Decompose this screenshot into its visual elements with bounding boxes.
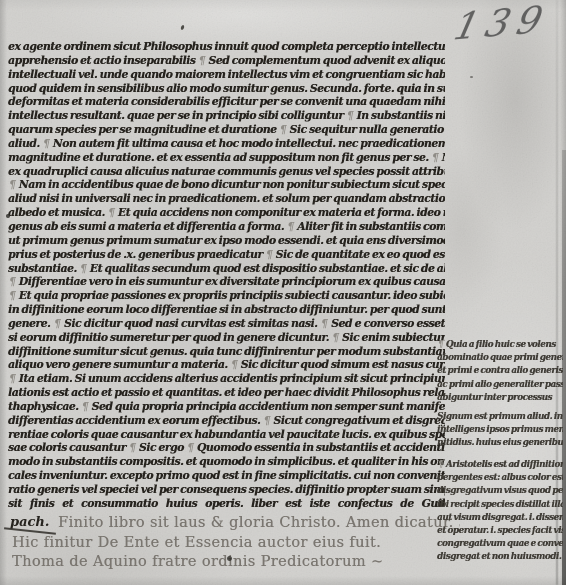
manuscript-text-line: sit finis et consummatio huius operis. l… [8, 497, 445, 511]
pilcrow-mark: ¶ [186, 441, 194, 454]
pilcrow-mark: ¶ [8, 289, 16, 302]
ink-speck [6, 214, 10, 218]
margin-note-line: nitidius. huius eius generibus [437, 437, 563, 450]
ink-speck [470, 76, 473, 78]
folio-number: 139 [450, 0, 542, 48]
manuscript-text-line: quod quidem in sensibilibus alio modo su… [8, 82, 445, 96]
margin-note-line: ac primi alio generaliter passio. quia [437, 379, 563, 392]
margin-note-line: aut visum disgregat. i. disseminat [437, 512, 563, 525]
manuscript-text-line: genus ab eis sumi a materia et different… [8, 220, 445, 234]
pilcrow-mark: ¶ [265, 248, 273, 261]
manuscript-text-line: quarum species per se magnitudine et dur… [8, 123, 445, 137]
pilcrow-mark: ¶ [230, 358, 238, 371]
manuscript-text-line: si eorum diffinitio sumeretur per quod i… [8, 331, 445, 345]
manuscript-text-line: substantiae. ¶ Et qualitas secundum quod… [8, 262, 445, 276]
pilcrow-mark: ¶ [198, 54, 206, 67]
manuscript-page: 139 ex agente ordinem sicut Philosophus … [0, 0, 566, 585]
ink-speck [180, 25, 185, 31]
pilcrow-mark: ¶ [79, 262, 87, 275]
ink-speck [227, 556, 232, 561]
margin-note-block-3: ¶ Aristotelis est ad diffinitionempergen… [437, 459, 563, 565]
manuscript-text-line: rentiae coloris quae causantur ex habund… [8, 428, 445, 442]
manuscript-text-line: aliud. ¶ Non autem fit ultima causa et h… [8, 137, 445, 151]
manuscript-text-line: in diffinitione eorum loco differentiae … [8, 303, 445, 317]
manuscript-text-line: ut primum genus primum sumatur ex ipso m… [8, 234, 445, 248]
margin-note-line: ¶ Aristotelis est ad diffinitionem [437, 459, 563, 472]
manuscript-text-line: lationis est actio et passio et quantita… [8, 386, 445, 400]
pilcrow-mark: ¶ [53, 317, 61, 330]
manuscript-text-line: ex agente ordinem sicut Philosophus innu… [8, 40, 445, 54]
margin-note-line: et operatur. i. species facit visui [437, 525, 563, 538]
manuscript-text-line: ex quadruplici causa alicuius naturae co… [8, 165, 445, 179]
manuscript-text-line: magnitudine et duratione. et ex essentia… [8, 151, 445, 165]
margin-note-line: pergentes est: albus color est [437, 472, 563, 485]
manuscript-text-line: albedo et musica. ¶ Et quia accidens non… [8, 206, 445, 220]
pilcrow-mark: ¶ [279, 123, 287, 136]
manuscript-text-line: aliud nisi in universali nec in praedica… [8, 192, 445, 206]
manuscript-text-line: modo in substantiis compositis. et quomo… [8, 455, 445, 469]
manuscript-text-line: diffinitione sumitur sicut genus. quia t… [8, 345, 445, 359]
manuscript-text-line: genere. ¶ Sic dicitur quod nasi curvitas… [8, 317, 445, 331]
margin-note-line: disgregativum visus quod per [437, 485, 563, 498]
margin-note-line: disgregat et non huiusmodi. [437, 551, 563, 564]
manuscript-text-line: cales inveniuntur. excepto primo quod es… [8, 469, 445, 483]
manuscript-text-line: ratio generis vel speciei vel per conseq… [8, 483, 445, 497]
manuscript-text-line: prius et posterius de .x. generibus prae… [8, 248, 445, 262]
manuscript-text-line: intellectus resultant. quae per se in pr… [8, 109, 445, 123]
manuscript-text-line: differentias accidentium ex eorum effect… [8, 414, 445, 428]
pilcrow-mark: ¶ [81, 400, 89, 413]
margin-note-line: et primi e contra alio generis. filio [437, 365, 563, 378]
pilcrow-mark: ¶ [286, 220, 294, 233]
margin-note-block-2: Signum est primum aliud. in fundo adinte… [437, 411, 563, 451]
margin-note-line: intelligens ipsos primus mensurae [437, 424, 563, 437]
manuscript-text-line: thaphysicae. ¶ Sed quia propria principi… [8, 400, 445, 414]
pilcrow-mark: ¶ [107, 206, 115, 219]
margin-note-block-1: ¶ Quia a filio huic se volensabominatio … [437, 339, 563, 405]
pilcrow-mark: ¶ [331, 331, 339, 344]
colophon-line-author: Thoma de Aquino fratre ordinis Predicato… [12, 553, 460, 573]
margin-note-line: ¶ Quia a filio huic se volens [437, 339, 563, 352]
pilcrow-mark: ¶ [263, 414, 271, 427]
manuscript-text-line: sae coloris causantur ¶ Sic ergo ¶ Quomo… [8, 441, 445, 455]
pilcrow-mark: ¶ [128, 441, 136, 454]
colophon-line-title: Hic finitur De Ente et Essencia auctor e… [12, 534, 460, 554]
colophon-line-explicit: Finito libro sit laus & gloria Christo. … [12, 514, 460, 534]
pilcrow-mark: ¶ [437, 460, 444, 470]
manuscript-text-line: apprehensio et actio inseparabilis ¶ Sed… [8, 54, 445, 68]
pilcrow-mark: ¶ [437, 340, 444, 350]
manuscript-text-line: ¶ Ita etiam. Si unum accidens alterius a… [8, 372, 445, 386]
margin-note-line: Signum est primum aliud. in fundo ad [437, 411, 563, 424]
pilcrow-mark: ¶ [8, 178, 16, 191]
pilcrow-mark: ¶ [42, 137, 50, 150]
manuscript-text-line: ¶ Nam in accidentibus quae de bono dicun… [8, 178, 445, 192]
manuscript-text-line: ¶ Et quia propriae passiones ex propriis… [8, 289, 445, 303]
pilcrow-mark: ¶ [8, 275, 16, 288]
manuscript-text-line: deformitas et materia considerabilis eff… [8, 95, 445, 109]
pilcrow-mark: ¶ [431, 151, 439, 164]
colophon: Finito libro sit laus & gloria Christo. … [12, 514, 460, 573]
margin-note-line: abiguntur inter processus [437, 392, 563, 405]
pilcrow-mark: ¶ [320, 317, 328, 330]
manuscript-text-line: ¶ Differentiae vero in eis sumuntur ex d… [8, 275, 445, 289]
pilcrow-mark: ¶ [8, 372, 16, 385]
manuscript-text-line: intellectuali vel. unde quando maiorem i… [8, 68, 445, 82]
main-text-block: ex agente ordinem sicut Philosophus innu… [8, 40, 445, 511]
margin-note-line: ibi recipit species distillat illa sed [437, 499, 563, 512]
pilcrow-mark: ¶ [346, 109, 354, 122]
margin-note-line: congregativum quae e converso ipsa [437, 538, 563, 551]
manuscript-text-line: aliquo vero genere sumuntur a materia. ¶… [8, 358, 445, 372]
margin-note-line: abominatio quae primi generis [437, 352, 563, 365]
